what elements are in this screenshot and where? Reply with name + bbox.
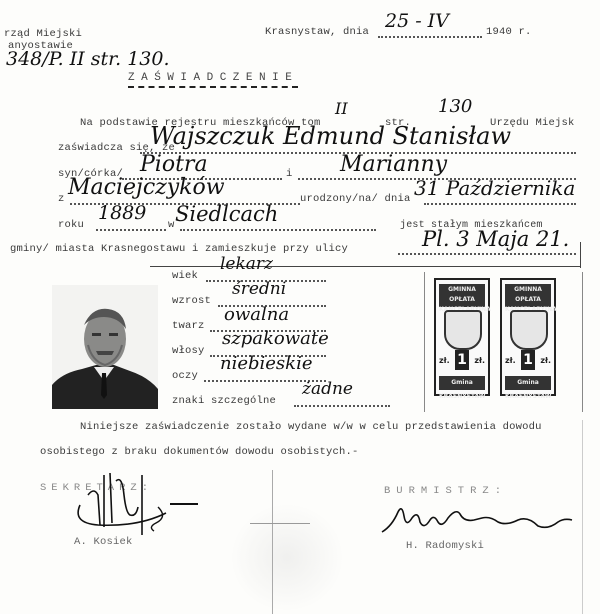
portrait-image: [52, 285, 158, 409]
birthplace-handwritten: Siedlcach: [175, 202, 278, 226]
and-label: i: [286, 168, 293, 180]
separator-corner: [580, 242, 581, 268]
date-dotted-line: [378, 36, 482, 38]
desc-label-oczy: oczy: [172, 370, 198, 382]
signature-dash: [170, 503, 198, 505]
tom-handwritten: II: [335, 99, 348, 118]
father-handwritten: Piotra: [140, 152, 208, 177]
revenue-stamp-1: GMINNA OPŁATA KANCELARYJNA zł. 1 zł. Gmi…: [434, 278, 490, 396]
maiden-name-handwritten: Maciejczyków: [68, 175, 225, 200]
town-street-label: gminy/ miasta Krasnegostawu i zamieszkuj…: [10, 243, 348, 255]
desc-dots-znaki: [294, 405, 390, 407]
str-handwritten: 130: [438, 96, 472, 117]
birth-year-dotted-line: [96, 229, 166, 231]
desc-label-wlosy: włosy: [172, 345, 205, 357]
stamp-2-coat-of-arms-icon: [510, 310, 548, 350]
desc-value-wzrost: średni: [232, 279, 286, 299]
stamp-1-coat-of-arms-icon: [444, 310, 482, 350]
reference-number: 348/P. II str. 130.: [6, 48, 170, 70]
date-handwritten: 25 - IV: [385, 10, 449, 32]
stamp-1-currency-right: zł.: [474, 356, 485, 365]
separator-line: [150, 266, 580, 267]
address-dotted-line: [398, 253, 576, 255]
mayor-name: H. Radomyski: [406, 540, 484, 552]
secretary-name: A. Kosiek: [74, 536, 133, 548]
official-seal-faint: [232, 505, 342, 610]
stamp-2-footer: Gmina KRASNYSTAW: [505, 376, 551, 390]
stamp-area-border-left: [424, 272, 425, 412]
stamp-2-currency-left: zł.: [505, 356, 516, 365]
birthplace-dotted-line: [180, 229, 376, 231]
desc-label-znaki: znaki szczególne: [172, 395, 276, 407]
stamp-1-value: zł. 1 zł.: [439, 350, 485, 370]
stamp-2-amount: 1: [521, 350, 535, 370]
w-label: w: [168, 219, 175, 231]
stamp-1-footer: Gmina KRASNYSTAW: [439, 376, 485, 390]
note-line-2: osobistego z braku dokumentów dowodu oso…: [40, 446, 359, 458]
mayor-signature: [378, 500, 578, 540]
mother-handwritten: Marianny: [340, 152, 447, 177]
stamp-2-value: zł. 1 zł.: [505, 350, 551, 370]
desc-value-oczy: niebieskie: [220, 353, 313, 374]
year-label: 1940 r.: [486, 26, 532, 38]
fold-line-vertical: [272, 470, 273, 614]
stamp-1-currency-left: zł.: [439, 356, 450, 365]
desc-value-twarz: owalna: [224, 304, 289, 325]
stamp-area-border-right: [582, 272, 583, 412]
full-name-handwritten: Wajszczuk Edmund Stanisław: [150, 122, 511, 150]
place-date-label: Krasnystaw, dnia: [265, 26, 369, 38]
certificate-document: rząd Miejski anyostawie 348/P. II str. 1…: [0, 0, 600, 614]
note-line-1: Niniejsze zaświadczenie zostało wydane w…: [80, 421, 542, 433]
stamp-2-header: GMINNA OPŁATA KANCELARYJNA: [505, 284, 551, 307]
stamp-1-header: GMINNA OPŁATA KANCELARYJNA: [439, 284, 485, 307]
mayor-title: BURMISTRZ:: [384, 485, 507, 497]
document-title: ZAŚWIADCZENIE: [128, 72, 298, 88]
address-handwritten: Pl. 3 Maja 21.: [422, 227, 569, 251]
year-born-label: roku: [58, 219, 84, 231]
birthday-dotted-line: [424, 203, 576, 205]
stamp-1-amount: 1: [455, 350, 469, 370]
desc-label-twarz: twarz: [172, 320, 205, 332]
desc-value-wiek: lekarz: [220, 254, 273, 274]
desc-label-wiek: wiek: [172, 270, 198, 282]
desc-value-wlosy: szpakowate: [222, 328, 329, 349]
stamp-2-currency-right: zł.: [540, 356, 551, 365]
revenue-stamp-2: GMINNA OPŁATA KANCELARYJNA zł. 1 zł. Gmi…: [500, 278, 556, 396]
portrait-photo: [52, 285, 158, 409]
born-label: urodzony/na/ dnia: [300, 193, 411, 205]
office-name-line1: rząd Miejski: [4, 28, 82, 40]
birthday-handwritten: 31 Października: [414, 176, 575, 200]
birth-year-handwritten: 1889: [98, 202, 146, 224]
z-label: z: [58, 193, 65, 205]
page-edge-line: [582, 420, 583, 614]
fold-line-horizontal: [250, 523, 310, 524]
desc-value-znaki: żadne: [302, 379, 353, 399]
desc-label-wzrost: wzrost: [172, 295, 211, 307]
